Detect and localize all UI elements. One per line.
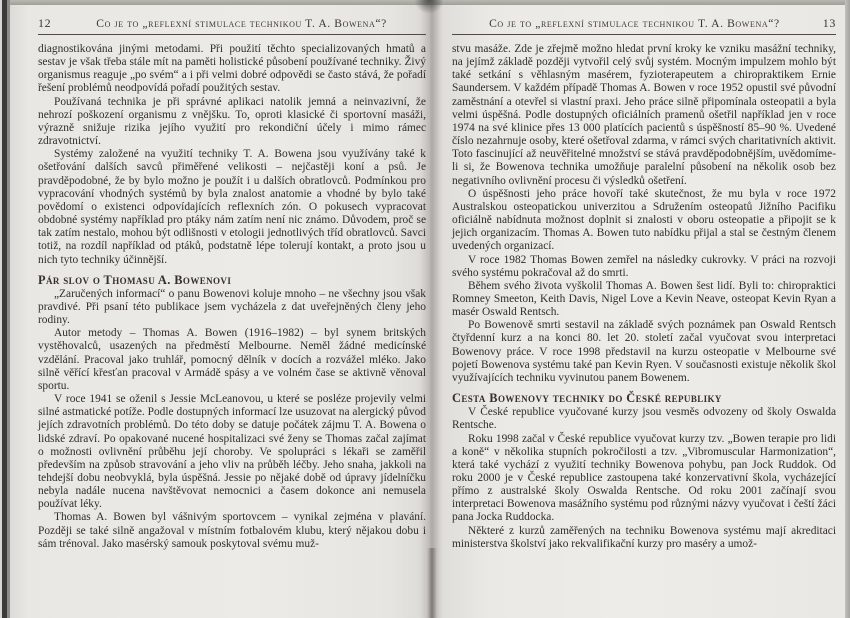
left-page: 12 Co je to „reflexní stimulace techniko… bbox=[10, 5, 430, 618]
book-gutter-bottom-shadow bbox=[427, 548, 437, 618]
paragraph: Během svého života vyškolil Thomas A. Bo… bbox=[452, 280, 836, 319]
section-heading: Cesta Bowenovy techniky do České republi… bbox=[452, 392, 836, 405]
paragraph: „Zaručených informací“ o panu Bowenovi k… bbox=[38, 288, 426, 327]
running-title: Co je to „reflexní stimulace technikou T… bbox=[57, 17, 426, 30]
paragraph: Thomas A. Bowen byl vášnivým sportovcem … bbox=[38, 511, 426, 550]
paragraph: Používaná technika je při správné aplika… bbox=[38, 96, 426, 149]
right-running-head: Co je to „reflexní stimulace technikou T… bbox=[452, 16, 836, 35]
paragraph: V České republice vyučované kurzy jsou v… bbox=[452, 406, 836, 432]
right-page-number: 13 bbox=[823, 16, 836, 31]
paragraph: Autor metody – Thomas A. Bowen (1916–198… bbox=[38, 327, 426, 393]
book-gutter-top-shadow bbox=[414, 0, 444, 14]
book-gutter-shadow bbox=[419, 0, 443, 618]
running-title: Co je to „reflexní stimulace technikou T… bbox=[452, 17, 817, 30]
book-page-block-edge bbox=[0, 0, 10, 618]
photo-right-edge bbox=[845, 0, 850, 618]
left-running-head: 12 Co je to „reflexní stimulace techniko… bbox=[38, 16, 426, 35]
left-page-body: diagnostikována jinými metodami. Při pou… bbox=[38, 43, 426, 551]
right-page-body: stvu masáže. Zde je zřejmě možno hledat … bbox=[452, 43, 836, 551]
right-page: Co je to „reflexní stimulace technikou T… bbox=[430, 5, 845, 618]
left-page-number: 12 bbox=[38, 16, 51, 31]
book-spread-scan: 12 Co je to „reflexní stimulace techniko… bbox=[0, 0, 850, 618]
section-heading: Pár slov o Thomasu A. Bowenovi bbox=[38, 274, 426, 287]
paragraph: diagnostikována jinými metodami. Při pou… bbox=[38, 43, 426, 96]
paragraph: V roce 1941 se oženil s Jessie McLeanovo… bbox=[38, 393, 426, 511]
paragraph: O úspěšnosti jeho práce hovoří také skut… bbox=[452, 188, 836, 254]
paragraph: Některé z kurzů zaměřených na techniku B… bbox=[452, 525, 836, 551]
paragraph: Po Bowenově smrti sestavil na základě sv… bbox=[452, 319, 836, 385]
paragraph: stvu masáže. Zde je zřejmě možno hledat … bbox=[452, 43, 836, 188]
paragraph: Systémy založené na využití techniky T. … bbox=[38, 148, 426, 266]
paragraph: V roce 1982 Thomas Bowen zemřel na násle… bbox=[452, 254, 836, 280]
paragraph: Roku 1998 začal v České republice vyučov… bbox=[452, 433, 836, 525]
